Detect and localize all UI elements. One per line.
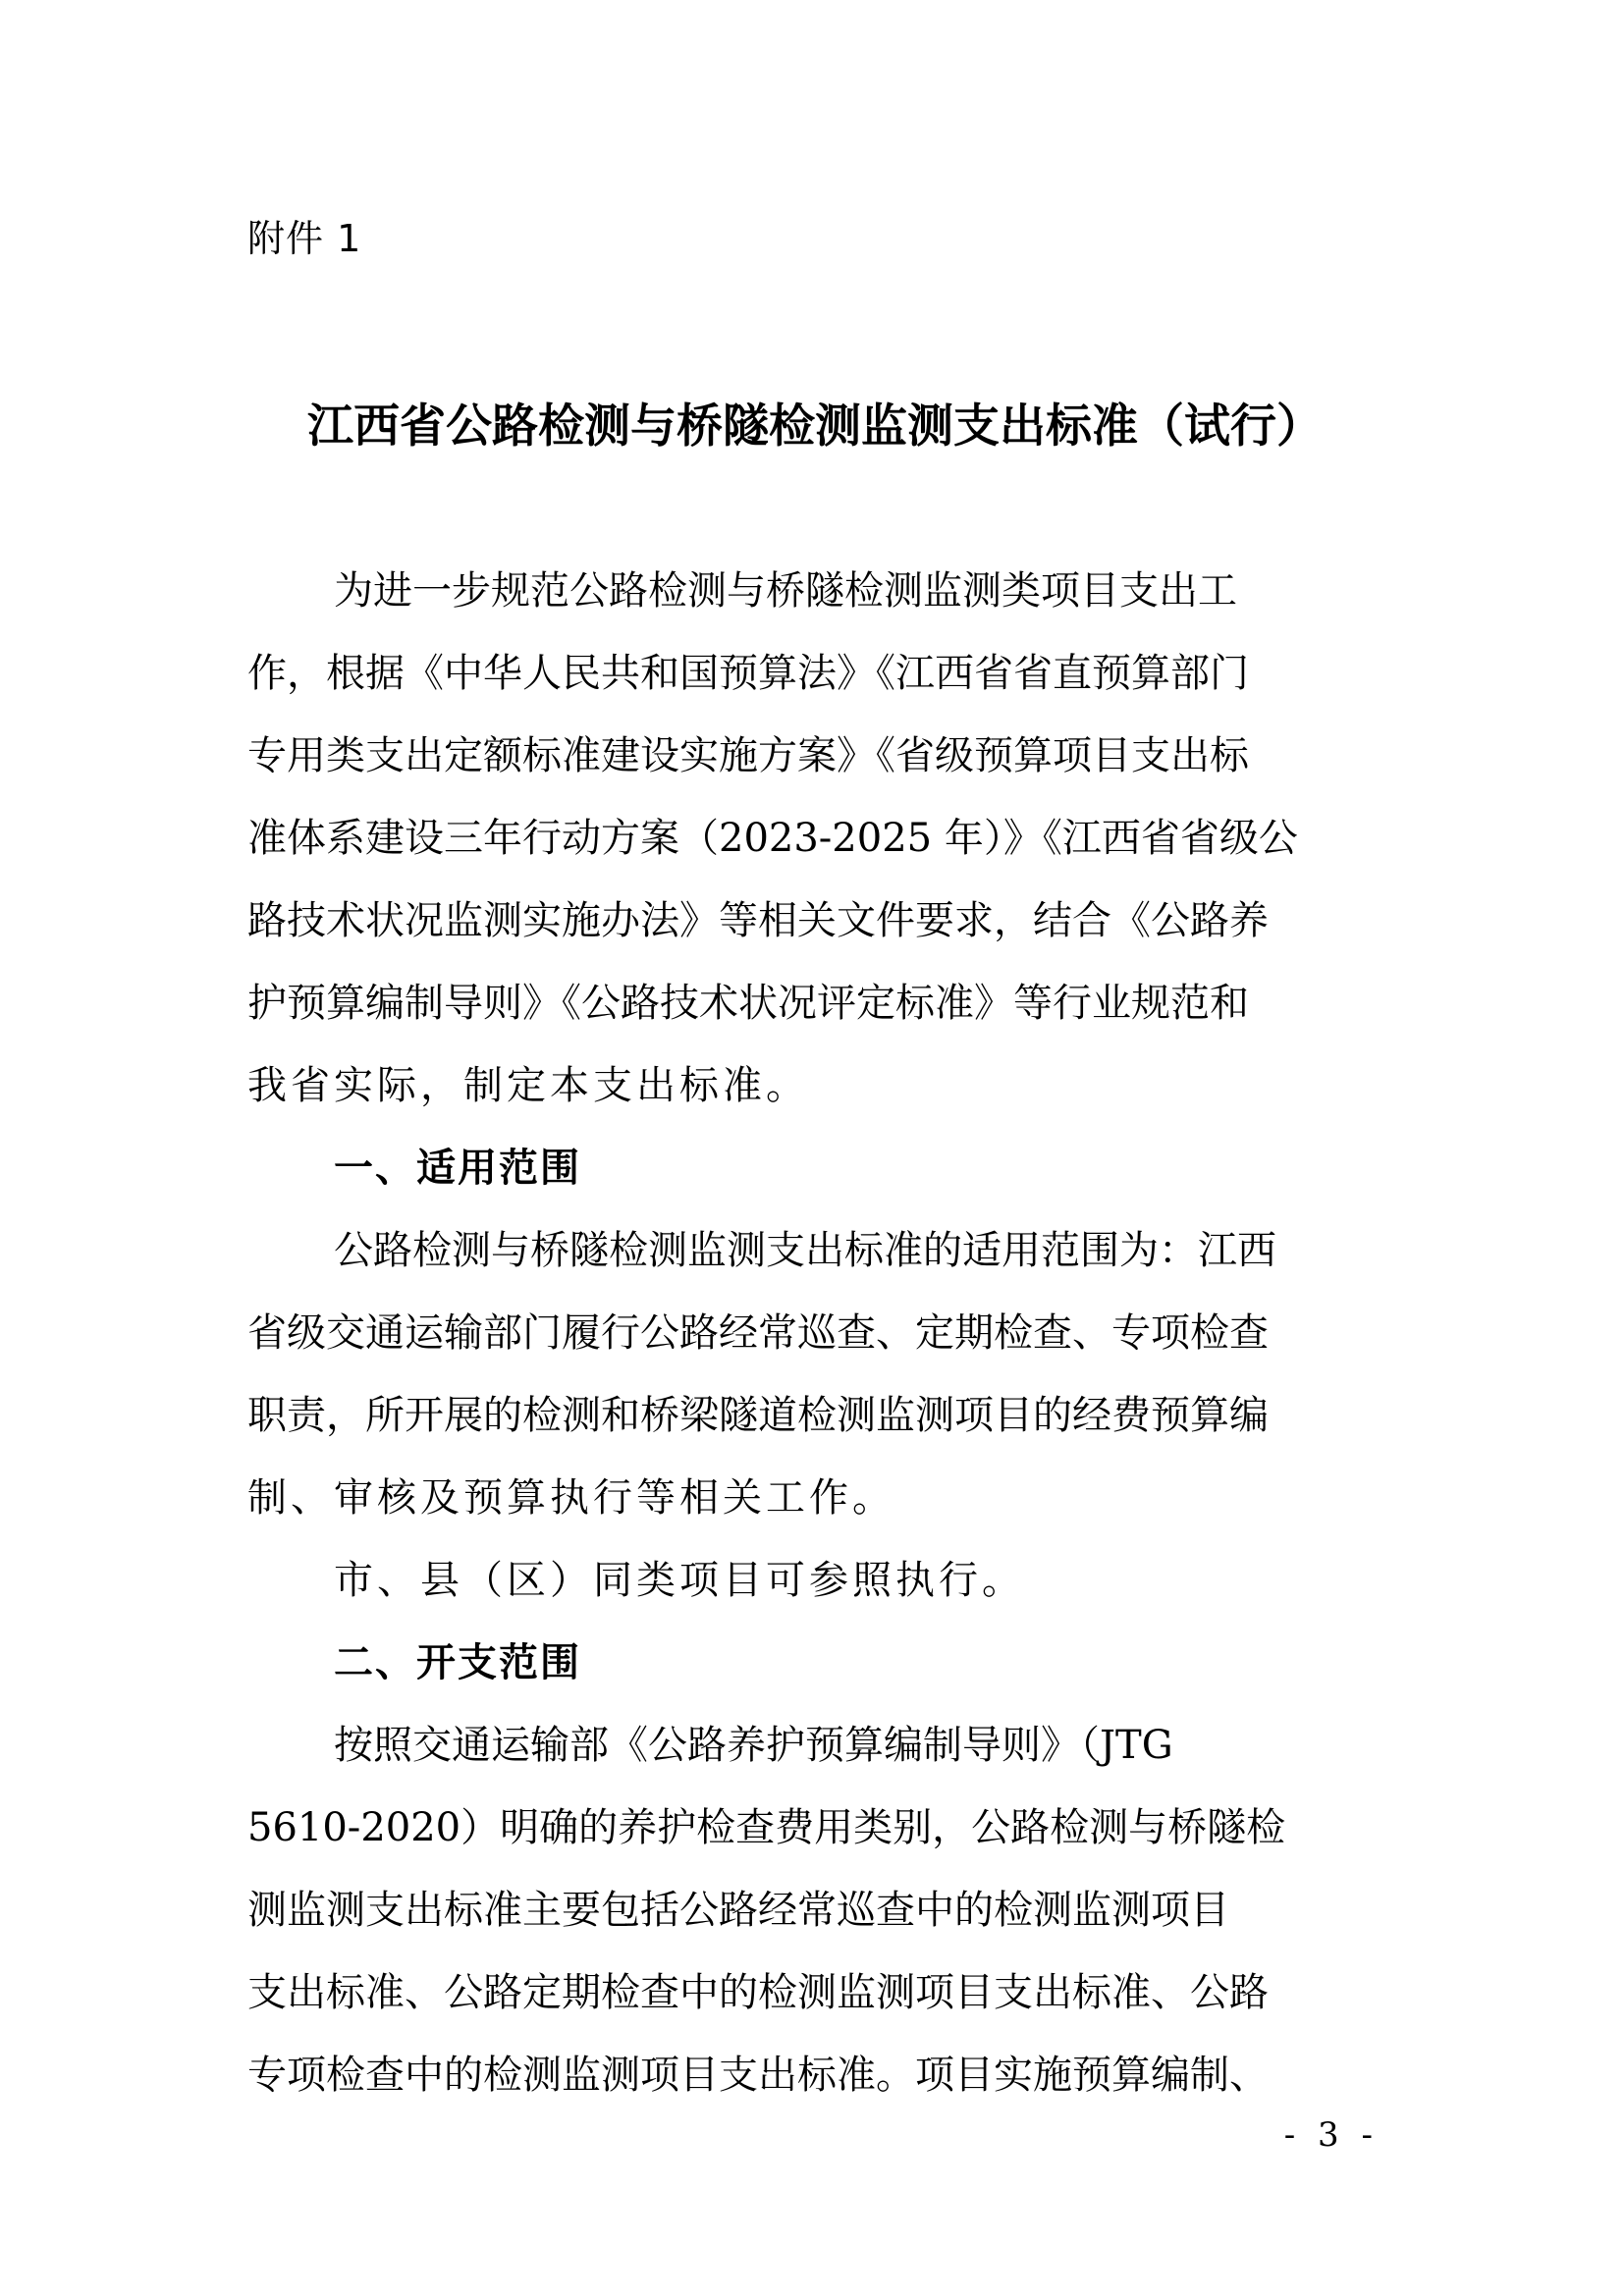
intro-line: 作，根据《中华人民共和国预算法》《江西省省直预算部门 [247, 632, 1379, 715]
section1-line: 制、审核及预算执行等相关工作。 [247, 1457, 1379, 1539]
section2-line: 5610-2020）明确的养护检查费用类别，公路检测与桥隧检 [247, 1787, 1379, 1869]
intro-line: 我省实际，制定本支出标准。 [247, 1044, 1379, 1127]
page-number: - 3 - [1276, 2110, 1379, 2160]
intro-line: 为进一步规范公路检测与桥隧检测监测类项目支出工 [334, 550, 1379, 632]
document-title: 江西省公路检测与桥隧检测监测支出标准（试行） [265, 393, 1365, 461]
section1-line: 省级交通运输部门履行公路经常巡查、定期检查、专项检查 [247, 1292, 1379, 1374]
section2-line: 专项检查中的检测监测项目支出标准。项目实施预算编制、 [247, 2034, 1379, 2116]
intro-line: 专用类支出定额标准建设实施方案》《省级预算项目支出标 [247, 715, 1379, 797]
attachment-label: 附件 1 [247, 211, 361, 266]
intro-line: 护预算编制导则》《公路技术状况评定标准》等行业规范和 [247, 962, 1379, 1044]
intro-line: 路技术状况监测实施办法》等相关文件要求，结合《公路养 [247, 880, 1379, 962]
section1-line: 职责，所开展的检测和桥梁隧道检测监测项目的经费预算编 [247, 1374, 1379, 1457]
intro-line: 准体系建设三年行动方案（2023-2025 年）》《江西省省级公 [247, 797, 1379, 880]
section2-line: 按照交通运输部《公路养护预算编制导则》（JTG [334, 1704, 1379, 1787]
section2-line: 测监测支出标准主要包括公路经常巡查中的检测监测项目 [247, 1869, 1379, 1951]
section-heading-scope: 一、适用范围 [334, 1127, 581, 1209]
section2-line: 支出标准、公路定期检查中的检测监测项目支出标准、公路 [247, 1951, 1379, 2034]
document-page: 附件 1 江西省公路检测与桥隧检测监测支出标准（试行） 为进一步规范公路检测与桥… [0, 0, 1624, 2296]
section-heading-expenditure: 二、开支范围 [334, 1622, 581, 1704]
section1-note: 市、县（区）同类项目可参照执行。 [334, 1539, 1379, 1622]
section1-line: 公路检测与桥隧检测监测支出标准的适用范围为：江西 [334, 1209, 1379, 1292]
